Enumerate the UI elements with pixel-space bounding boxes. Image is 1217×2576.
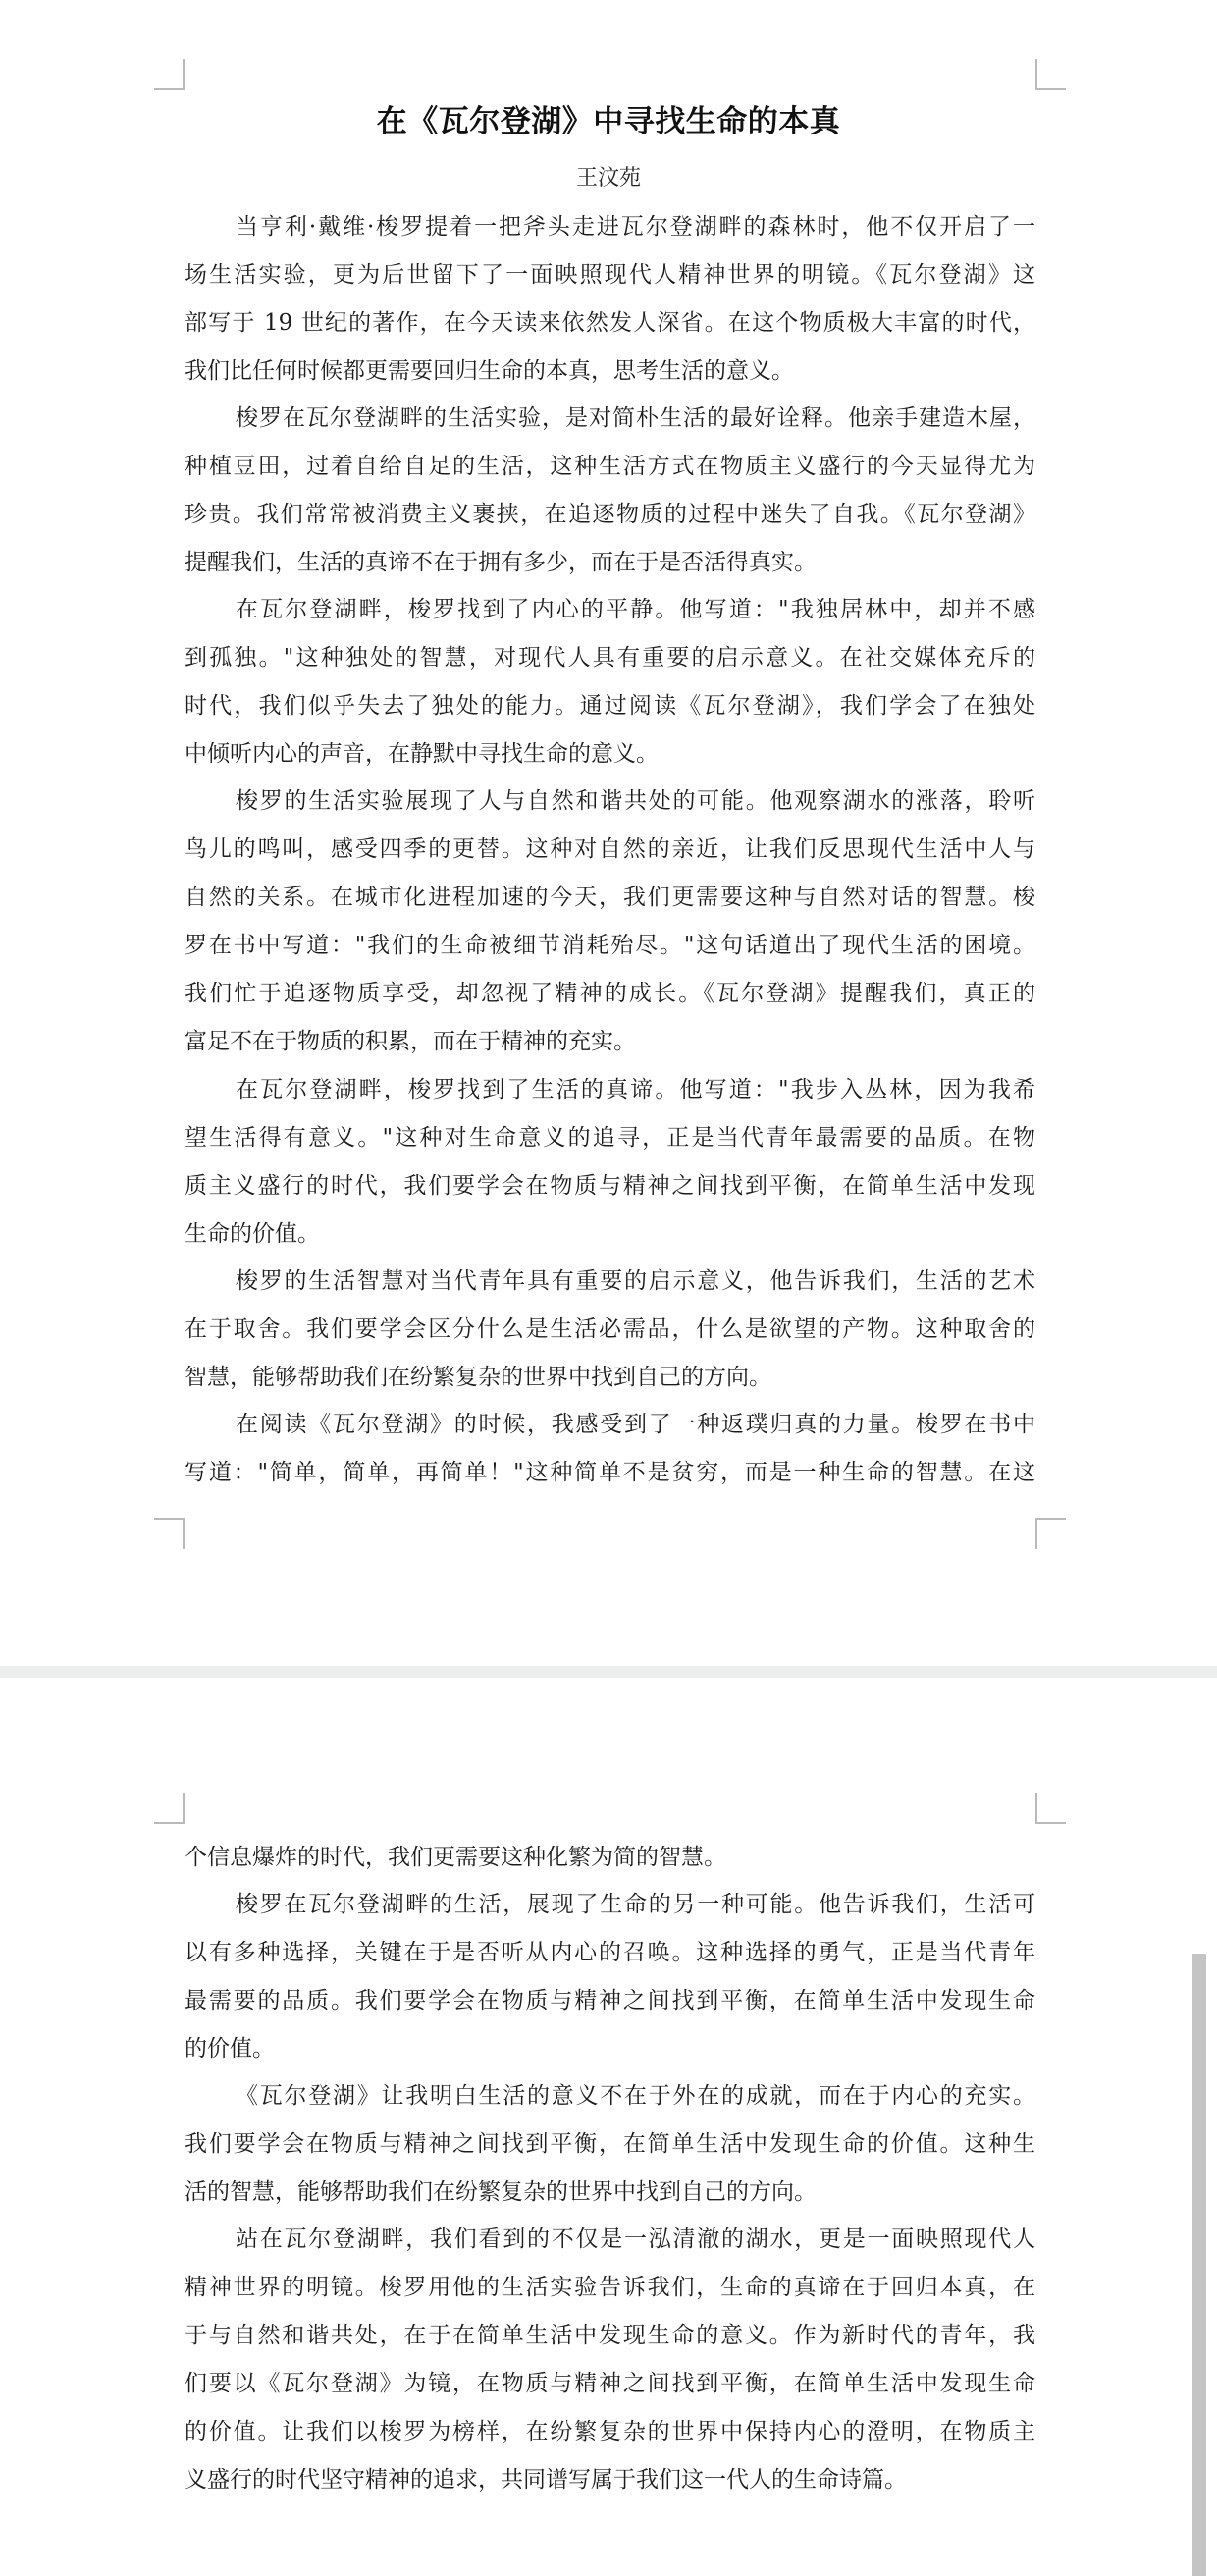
text-line: 罗在书中写道："我们的生命被细节消耗殆尽。"这句话道出了现代生活的困境。: [185, 926, 1035, 965]
text-line: 最需要的品质。我们要学会在物质与精神之间找到平衡，在简单生活中发现生命: [185, 1981, 1035, 2020]
text-line: 提醒我们，生活的真谛不在于拥有多少，而在于是否活得真实。: [185, 543, 1035, 582]
vertical-scrollbar-thumb[interactable]: [1192, 1954, 1206, 2576]
text-line: 自然的关系。在城市化进程加速的今天，我们更需要这种与自然对话的智慧。梭: [185, 878, 1035, 917]
text-line: 部写于 19 世纪的著作，在今天读来依然发人深省。在这个物质极大丰富的时代，: [185, 303, 1035, 343]
text-line: 在于取舍。我们要学会区分什么是生活必需品，什么是欲望的产物。这种取舍的: [185, 1310, 1035, 1349]
text-line: 精神世界的明镜。梭罗用他的生活实验告诉我们，生命的真谛在于回归本真，在: [185, 2268, 1035, 2307]
text-line: 《瓦尔登湖》让我明白生活的意义不在于外在的成就，而在于内心的充实。: [236, 2076, 1035, 2116]
text-line: 梭罗在瓦尔登湖畔的生活，展现了生命的另一种可能。他告诉我们，生活可: [236, 1885, 1035, 1924]
page-corner-mark-top-right: [1035, 1793, 1066, 1824]
page-corner-mark-top-right: [1035, 59, 1066, 90]
text-line: 个信息爆炸的时代，我们更需要这种化繁为简的智慧。: [185, 1838, 1035, 1877]
text-line: 时代，我们似乎失去了独处的能力。通过阅读《瓦尔登湖》，我们学会了在独处: [185, 686, 1035, 725]
text-line: 种植豆田，过着自给自足的生活，这种生活方式在物质主义盛行的今天显得尤为: [185, 447, 1035, 486]
text-line: 我们要学会在物质与精神之间找到平衡，在简单生活中发现生命的价值。这种生: [185, 2124, 1035, 2164]
text-line: 在瓦尔登湖畔，梭罗找到了内心的平静。他写道："我独居林中，却并不感: [236, 590, 1035, 629]
text-line: 梭罗的生活智慧对当代青年具有重要的启示意义，他告诉我们，生活的艺术: [236, 1261, 1035, 1301]
text-line: 智慧，能够帮助我们在纷繁复杂的世界中找到自己的方向。: [185, 1358, 1035, 1397]
text-line: 场生活实验，更为后世留下了一面映照现代人精神世界的明镜。《瓦尔登湖》这: [185, 255, 1035, 295]
page-break-separator: [0, 1666, 1217, 1678]
text-line: 珍贵。我们常常被消费主义裹挟，在追逐物质的过程中迷失了自我。《瓦尔登湖》: [185, 495, 1035, 534]
text-line: 中倾听内心的声音，在静默中寻找生命的意义。: [185, 734, 1035, 774]
text-line: 站在瓦尔登湖畔，我们看到的不仅是一泓清澈的湖水，更是一面映照现代人: [236, 2220, 1035, 2259]
text-line: 到孤独。"这种独处的智慧，对现代人具有重要的启示意义。在社交媒体充斥的: [185, 638, 1035, 677]
text-line: 我们比任何时候都更需要回归生命的本真，思考生活的意义。: [185, 351, 1035, 391]
page-corner-mark-bottom-left: [154, 1518, 185, 1549]
text-line: 在瓦尔登湖畔，梭罗找到了生活的真谛。他写道："我步入丛林，因为我希: [236, 1070, 1035, 1109]
text-line: 富足不在于物质的积累，而在于精神的充实。: [185, 1022, 1035, 1061]
text-line: 我们忙于追逐物质享受，却忽视了精神的成长。《瓦尔登湖》提醒我们，真正的: [185, 974, 1035, 1013]
text-line: 写道："简单，简单，再简单！"这种简单不是贫穷，而是一种生命的智慧。在这: [185, 1453, 1035, 1492]
text-line: 质主义盛行的时代，我们要学会在物质与精神之间找到平衡，在简单生活中发现: [185, 1166, 1035, 1206]
text-line: 的价值。让我们以梭罗为榜样，在纷繁复杂的世界中保持内心的澄明，在物质主: [185, 2412, 1035, 2451]
text-line: 义盛行的时代坚守精神的追求，共同谱写属于我们这一代人的生命诗篇。: [185, 2460, 1035, 2499]
page-corner-mark-top-left: [154, 1793, 185, 1824]
document-author: 王汶苑: [0, 163, 1217, 194]
text-line: 梭罗的生活实验展现了人与自然和谐共处的可能。他观察湖水的涨落，聆听: [236, 781, 1035, 821]
text-line: 生命的价值。: [185, 1214, 1035, 1254]
text-line: 梭罗在瓦尔登湖畔的生活实验，是对简朴生活的最好诠释。他亲手建造木屋，: [236, 399, 1035, 438]
text-line: 鸟儿的鸣叫，感受四季的更替。这种对自然的亲近，让我们反思现代生活中人与: [185, 830, 1035, 869]
text-line: 于与自然和谐共处，在于在简单生活中发现生命的意义。作为新时代的青年，我: [185, 2316, 1035, 2355]
text-line: 在阅读《瓦尔登湖》的时候，我感受到了一种返璞归真的力量。梭罗在书中: [236, 1405, 1035, 1444]
text-line: 当亨利·戴维·梭罗提着一把斧头走进瓦尔登湖畔的森林时，他不仅开启了一: [236, 207, 1035, 246]
text-line: 望生活得有意义。"这种对生命意义的追寻，正是当代青年最需要的品质。在物: [185, 1118, 1035, 1157]
page-corner-mark-bottom-right: [1035, 1518, 1066, 1549]
page-corner-mark-top-left: [154, 59, 185, 90]
text-line: 的价值。: [185, 2029, 1035, 2068]
text-line: 们要以《瓦尔登湖》为镜，在物质与精神之间找到平衡，在简单生活中发现生命: [185, 2364, 1035, 2403]
text-line: 以有多种选择，关键在于是否听从内心的召唤。这种选择的勇气，正是当代青年: [185, 1933, 1035, 1972]
text-line: 活的智慧，能够帮助我们在纷繁复杂的世界中找到自己的方向。: [185, 2173, 1035, 2212]
document-title: 在《瓦尔登湖》中寻找生命的本真: [0, 101, 1217, 142]
